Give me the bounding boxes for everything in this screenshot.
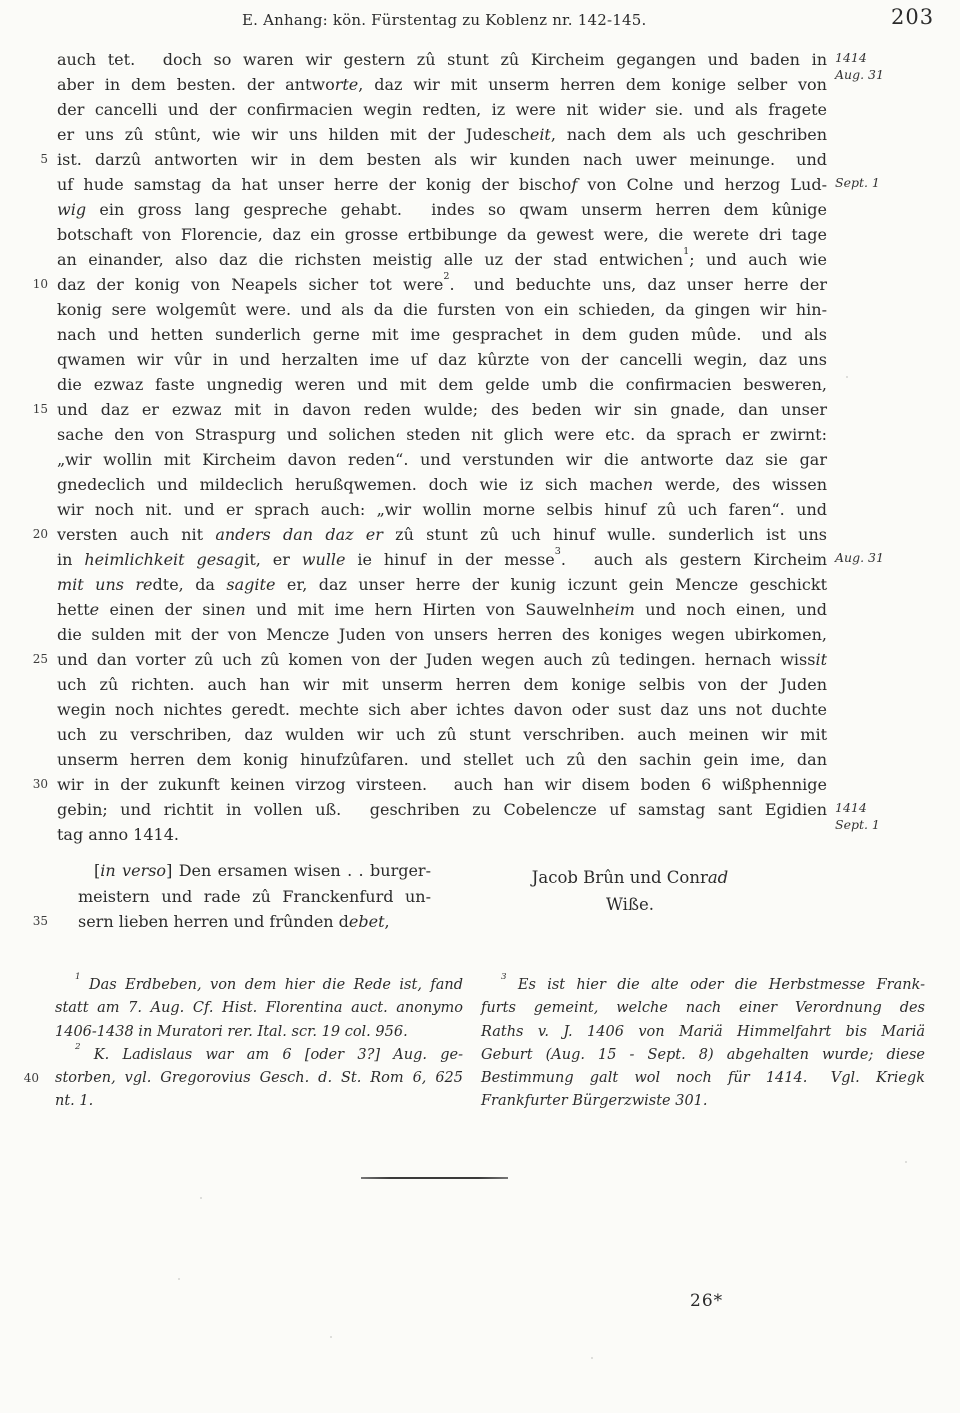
line-text: in heimlichkeit gesagit, er wulle ie hin… [57,547,827,572]
margin-line-number: 10 [26,272,48,297]
footnote-line: 1 Das Erdbeben, von dem hier die Rede is… [55,974,463,997]
line-text: gebin; und richtit in vollen uß. geschri… [57,797,827,822]
line-text: an einander, also daz die richsten meist… [57,247,827,272]
footnote-line: 1406-1438 in Muratori rer. Ital. scr. 19… [55,1021,463,1044]
line-text: meistern und rade zû Franckenfurd un- [78,884,431,910]
body-text-line: gebin; und richtit in vollen uß. geschri… [57,797,827,822]
scanned-book-page: E. Anhang: kön. Fürstentag zu Koblenz nr… [0,0,960,1413]
line-text: Bestimmung galt wol noch für 1414. Vgl. … [481,1067,925,1090]
line-text: sern lieben herren und frûnden debet, [78,909,431,935]
body-text-line: uch zu verschriben, daz wulden wir uch z… [57,722,827,747]
line-text: Raths v. J. 1406 von Mariä Himmelfahrt b… [481,1021,925,1044]
body-text-line: 10daz der konig von Neapels sicher tot w… [57,272,827,297]
line-text: uch zu verschriben, daz wulden wir uch z… [57,722,827,747]
body-text-line: 20versten auch nit anders dan daz er zû … [57,522,827,547]
line-text: daz der konig von Neapels sicher tot wer… [57,272,827,297]
body-text-line: „wir wollin mit Kircheim davon reden“. u… [57,447,827,472]
margin-line-number: 35 [26,909,48,935]
body-text-line: der cancelli und der confirmacien wegin … [57,97,827,122]
footnote-line: Bestimmung galt wol noch für 1414. Vgl. … [481,1067,925,1090]
line-text: sache den von Straspurg und solichen ste… [57,422,827,447]
address-line: 35sern lieben herren und frûnden debet, [78,909,431,935]
footnote-column-left: 1 Das Erdbeben, von dem hier die Rede is… [55,974,463,1114]
line-text: uf hude samstag da hat unser herre der k… [57,172,827,197]
body-text-line: hette einen der sinen und mit ime hern H… [57,597,827,622]
line-text: botschaft von Florencie, daz ein grosse … [57,222,827,247]
line-text: wir noch nit. und er sprach auch: „wir w… [57,497,827,522]
body-text-line: uch zû richten. auch han wir mit unserm … [57,672,827,697]
body-text-line: 30wir in der zukunft keinen virzog virst… [57,772,827,797]
body-text-line: er uns zû stûnt, wie wir uns hilden mit … [57,122,827,147]
body-text-line: botschaft von Florencie, daz ein grosse … [57,222,827,247]
body-text-line: an einander, also daz die richsten meist… [57,247,827,272]
body-text-line: unserm herren dem konig hinufzûfaren. un… [57,747,827,772]
line-text: „wir wollin mit Kircheim davon reden“. u… [57,447,827,472]
line-text: statt am 7. Aug. Cf. Hist. Florentina au… [55,997,463,1020]
body-text-line: wir noch nit. und er sprach auch: „wir w… [57,497,827,522]
line-text: ist. darzû antworten wir in dem besten a… [57,147,827,172]
margin-line-number: 15 [26,397,48,422]
line-text: die sulden mit der von Mencze Juden von … [57,622,827,647]
address-line: [in verso] Den ersamen wisen . . burger- [78,858,431,884]
line-text: er uns zû stûnt, wie wir uns hilden mit … [57,122,827,147]
running-head-title: E. Anhang: kön. Fürstentag zu Koblenz nr… [242,11,646,29]
main-text-block: auch tet. doch so waren wir gestern zû s… [57,47,827,847]
line-text: furts gemeint, welche nach einer Verordn… [481,997,925,1020]
scan-speck [846,376,848,378]
signature-line: Wiße. [495,891,765,918]
line-text: storben, vgl. Gregorovius Gesch. d. St. … [55,1067,463,1090]
margin-date-note: 1414Sept. 1 [835,799,923,833]
line-text: und daz er ezwaz mit in davon reden wuld… [57,397,827,422]
line-text: Frankfurter Bürgerzwiste 301. [481,1090,925,1113]
printer-signature-mark: 26* [690,1291,723,1311]
line-text: und dan vorter zû uch zû komen von der J… [57,647,827,672]
line-text: 2 K. Ladislaus war am 6 [oder 3?] Aug. g… [55,1044,463,1067]
body-text-line: uf hude samstag da hat unser herre der k… [57,172,827,197]
address-verso-block: [in verso] Den ersamen wisen . . burger-… [78,858,431,935]
margin-line-number: 25 [26,647,48,672]
footnote-line: nt. 1. [55,1090,463,1113]
line-text: versten auch nit anders dan daz er zû st… [57,522,827,547]
margin-line-number: 20 [26,522,48,547]
signature-line: Jacob Brûn und Conrad [495,864,765,891]
line-text: konig sere wolgemût were. und als da die… [57,297,827,322]
body-text-line: die sulden mit der von Mencze Juden von … [57,622,827,647]
scan-speck [200,1197,202,1199]
line-text: wegin noch nichtes geredt. mechte sich a… [57,697,827,722]
line-text: wig ein gross lang gespreche gehabt. ind… [57,197,827,222]
body-text-line: wig ein gross lang gespreche gehabt. ind… [57,197,827,222]
footnote-line: Raths v. J. 1406 von Mariä Himmelfahrt b… [481,1021,925,1044]
line-text: [in verso] Den ersamen wisen . . burger- [78,858,431,884]
line-text: 3 Es ist hier die alte oder die Herbstme… [481,974,925,997]
line-text: mit uns redte, da sagite er, daz unser h… [57,572,827,597]
footnote-line: statt am 7. Aug. Cf. Hist. Florentina au… [55,997,463,1020]
footnote-line: Frankfurter Bürgerzwiste 301. [481,1090,925,1113]
margin-date-note: 1414Aug. 31 [835,49,923,83]
body-text-line: konig sere wolgemût were. und als da die… [57,297,827,322]
margin-line-number: 40 [17,1067,39,1090]
body-text-line: 15und daz er ezwaz mit in davon reden wu… [57,397,827,422]
body-text-line: mit uns redte, da sagite er, daz unser h… [57,572,827,597]
line-text: aber in dem besten. der antworte, daz wi… [57,72,827,97]
line-text: tag anno 1414. [57,822,827,847]
body-text-line: in heimlichkeit gesagit, er wulle ie hin… [57,547,827,572]
body-text-line: gnedeclich und mildeclich herußqwemen. d… [57,472,827,497]
line-text: der cancelli und der confirmacien wegin … [57,97,827,122]
footnote-column-right: 3 Es ist hier die alte oder die Herbstme… [481,974,925,1114]
line-text: 1406-1438 in Muratori rer. Ital. scr. 19… [55,1021,463,1044]
body-text-line: die ezwaz faste ungnedig weren und mit d… [57,372,827,397]
body-text-line: sache den von Straspurg und solichen ste… [57,422,827,447]
line-text: auch tet. doch so waren wir gestern zû s… [57,47,827,72]
closing-rule [361,1177,508,1179]
line-text: Jacob Brûn und Conrad [495,864,765,891]
body-text-line: wegin noch nichtes geredt. mechte sich a… [57,697,827,722]
footnote-line: 2 K. Ladislaus war am 6 [oder 3?] Aug. g… [55,1044,463,1067]
footnote-line: 3 Es ist hier die alte oder die Herbstme… [481,974,925,997]
line-text: 1 Das Erdbeben, von dem hier die Rede is… [55,974,463,997]
footnote-line: furts gemeint, welche nach einer Verordn… [481,997,925,1020]
scan-speck [330,1336,332,1338]
margin-line-number: 30 [26,772,48,797]
body-text-line: auch tet. doch so waren wir gestern zû s… [57,47,827,72]
scan-speck [591,1357,593,1359]
line-text: Geburt (Aug. 15 - Sept. 8) abgehalten wu… [481,1044,925,1067]
signature-block: Jacob Brûn und ConradWiße. [495,864,765,918]
body-text-line: 25und dan vorter zû uch zû komen von der… [57,647,827,672]
line-text: gnedeclich und mildeclich herußqwemen. d… [57,472,827,497]
margin-date-note: Aug. 31 [835,549,923,566]
scan-speck [905,1161,907,1163]
body-text-line: tag anno 1414. [57,822,827,847]
body-text-line: nach und hetten sunderlich gerne mit ime… [57,322,827,347]
line-text: unserm herren dem konig hinufzûfaren. un… [57,747,827,772]
line-text: hette einen der sinen und mit ime hern H… [57,597,827,622]
address-line: meistern und rade zû Franckenfurd un- [78,884,431,910]
line-text: nach und hetten sunderlich gerne mit ime… [57,322,827,347]
line-text: nt. 1. [55,1090,463,1113]
line-text: uch zû richten. auch han wir mit unserm … [57,672,827,697]
line-text: qwamen wir vûr in und herzalten ime uf d… [57,347,827,372]
body-text-line: qwamen wir vûr in und herzalten ime uf d… [57,347,827,372]
scan-speck [178,1278,180,1280]
body-text-line: 5ist. darzû antworten wir in dem besten … [57,147,827,172]
margin-line-number: 5 [26,147,48,172]
body-text-line: aber in dem besten. der antworte, daz wi… [57,72,827,97]
line-text: Wiße. [495,891,765,918]
margin-date-note: Sept. 1 [835,174,923,191]
line-text: die ezwaz faste ungnedig weren und mit d… [57,372,827,397]
footnote-line: Geburt (Aug. 15 - Sept. 8) abgehalten wu… [481,1044,925,1067]
footnote-line: 40storben, vgl. Gregorovius Gesch. d. St… [55,1067,463,1090]
line-text: wir in der zukunft keinen virzog virstee… [57,772,827,797]
page-number: 203 [891,5,934,29]
